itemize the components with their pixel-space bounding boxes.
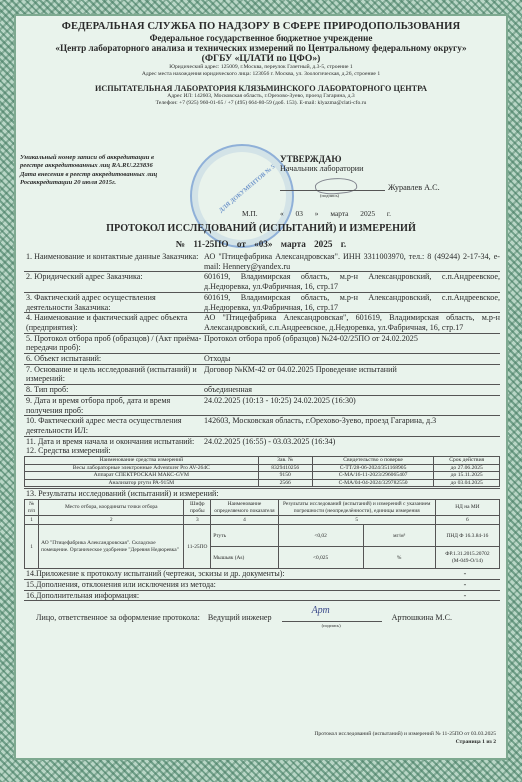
info-label: 15.Дополнения, отклонения или исключения…	[24, 580, 430, 590]
institution-short: (ФГБУ «ЦЛАТИ по ЦФО»)	[20, 53, 502, 64]
accreditation-line: Уникальный номер записи об аккредитации …	[20, 154, 195, 162]
field-value: 601619, Владимирская область, м.р-н Алек…	[204, 293, 500, 312]
table-cell: 9150	[258, 472, 312, 480]
info-row: 14.Приложение к протоколу испытаний (чер…	[24, 569, 500, 580]
field-row: 5. Протокол отбора проб (образцов) / (Ак…	[24, 334, 500, 354]
field-row: 10. Фактический адрес места осуществлени…	[24, 416, 500, 436]
table-header-cell: № п/п	[25, 500, 39, 516]
instruments-title: 12. Средства измерений:	[24, 446, 500, 456]
info-label: 16.Дополнительная информация:	[24, 591, 430, 601]
table-row: 1АО "Птицефабрика Александровская". Скла…	[25, 525, 500, 547]
result-unit: %	[363, 547, 435, 569]
table-header-cell: Наименование средства измерений	[25, 457, 259, 465]
table-cell: Анализатор ртути РА-915М	[25, 479, 259, 487]
table-cell: до 27.06.2025	[434, 464, 500, 472]
accreditation-note: Уникальный номер записи об аккредитации …	[20, 154, 195, 188]
table-cell: С-ТТ/28-06-2024/351168905	[312, 464, 434, 472]
table-cell: Весы лабораторные электронные Adventurer…	[25, 464, 259, 472]
indicator-name: Мышьяк (As)	[211, 547, 278, 569]
field-row: 8. Тип проб:объединенная	[24, 385, 500, 396]
method-document: ПНД Ф 16.3.84-16	[435, 525, 499, 547]
protocol-number: № 11-25ПО от «03» марта 2025 г.	[20, 239, 502, 249]
column-number: 2	[39, 515, 184, 524]
info-value: -	[430, 569, 500, 579]
approver-name: Журавлев А.С.	[388, 183, 440, 192]
responsible-signature-line: Арт (подпись)	[282, 609, 382, 622]
results-table: № п/пМесто отбора, координаты точки отбо…	[24, 499, 500, 569]
stamp-text: ДЛЯ ДОКУМЕНТОВ № 5	[218, 164, 276, 214]
table-row: Анализатор ртути РА-915М2566С-МА/04-04-2…	[25, 479, 500, 487]
certificate-border: ФЕДЕРАЛЬНАЯ СЛУЖБА ПО НАДЗОРУ В СФЕРЕ ПР…	[0, 0, 522, 782]
accreditation-line: Дата внесения в реестр аккредитованных л…	[20, 171, 195, 179]
table-header-cell: Срок действия	[434, 457, 500, 465]
page-footer: Протокол исследований (испытаний) и изме…	[314, 730, 496, 746]
field-label: 10. Фактический адрес места осуществлени…	[24, 416, 204, 435]
row-number: 1	[25, 525, 39, 569]
field-row: 1. Наименование и контактные данные Зака…	[24, 252, 500, 272]
field-value: АО "Птицефабрика Александровская", 60161…	[204, 313, 500, 332]
field-label: 8. Тип проб:	[24, 385, 204, 395]
signature-icon: Арт	[312, 606, 330, 616]
accreditation-line: Росаккредитации 20 июля 2015г.	[20, 179, 195, 187]
lab-address: Адрес ИЛ: 142603, Московская область, г.…	[20, 93, 502, 100]
approval-title: УТВЕРЖДАЮ	[280, 154, 520, 164]
field-row: 4. Наименование и фактический адрес объе…	[24, 313, 500, 333]
table-cell: до 03.04.2025	[434, 479, 500, 487]
field-value: 24.02.2025 (10:13 - 10:25) 24.02.2025 (1…	[204, 396, 500, 415]
field-label: 5. Протокол отбора проб (образцов) / (Ак…	[24, 334, 204, 353]
table-header-cell: Место отбора, координаты точки отбора	[39, 500, 184, 516]
table-row: Аппарат СПЕКТРОСКАН МАКС-GVM9150С-МА/16-…	[25, 472, 500, 480]
field-row: 9. Дата и время отбора проб, дата и врем…	[24, 396, 500, 416]
field-label: 3. Фактический адрес осуществления деяте…	[24, 293, 204, 312]
result-value: <0,02	[278, 525, 363, 547]
field-row: 2. Юридический адрес Заказчика:601619, В…	[24, 272, 500, 292]
agency-title: ФЕДЕРАЛЬНАЯ СЛУЖБА ПО НАДЗОРУ В СФЕРЕ ПР…	[20, 21, 502, 32]
page-number: Страница 1 из 2	[314, 738, 496, 746]
field-label: 7. Основание и цель исследований (испыта…	[24, 365, 204, 384]
instruments-table: Наименование средства измеренийЗав. №Сви…	[24, 456, 500, 487]
result-value: <0,025	[278, 547, 363, 569]
field-value: Протокол отбора проб (образцов) №24-02/2…	[204, 334, 500, 353]
field-label: 2. Юридический адрес Заказчика:	[24, 272, 204, 291]
responsible-label: Лицо, ответственное за оформление проток…	[36, 613, 200, 623]
signature-caption: (подпись)	[322, 621, 341, 631]
seal-label: М.П.	[242, 209, 258, 218]
column-number: 5	[278, 515, 435, 524]
actual-address: Адрес места нахождения юридического лица…	[20, 71, 502, 78]
field-value: 142603, Московская область, г.Орехово-Зу…	[204, 416, 500, 435]
institution-type: Федеральное государственное бюджетное уч…	[20, 33, 502, 43]
institution-name: «Центр лабораторного анализа и техническ…	[10, 43, 512, 53]
footer-protocol-ref: Протокол исследований (испытаний) и изме…	[314, 730, 496, 738]
info-row: 16.Дополнительная информация:-	[24, 591, 500, 602]
result-unit: мг/м³	[363, 525, 435, 547]
approval-date: « 03 » марта 2025 г.	[280, 209, 391, 218]
column-number: 6	[435, 515, 499, 524]
table-cell: С-МА/04-04-2024/329782550	[312, 479, 434, 487]
field-value: 601619, Владимирская область, м.р-н Алек…	[204, 272, 500, 291]
responsible-name: Артюшкина М.С.	[392, 613, 452, 623]
info-value: -	[430, 591, 500, 601]
field-value: Отходы	[204, 354, 500, 364]
field-row: 7. Основание и цель исследований (испыта…	[24, 365, 500, 385]
additional-info: 14.Приложение к протоколу испытаний (чер…	[24, 569, 500, 601]
field-value: Договор №КМ-42 от 04.02.2025 Проведение …	[204, 365, 500, 384]
table-cell: С-МА/16-11-2023/296065407	[312, 472, 434, 480]
info-row: 15.Дополнения, отклонения или исключения…	[24, 580, 500, 591]
document-page: ФЕДЕРАЛЬНАЯ СЛУЖБА ПО НАДЗОРУ В СФЕРЕ ПР…	[14, 14, 508, 760]
protocol-title: ПРОТОКОЛ ИССЛЕДОВАНИЙ (ИСПЫТАНИЙ) И ИЗМЕ…	[20, 223, 502, 234]
field-label: 6. Объект испытаний:	[24, 354, 204, 364]
field-value: АО "Птицефабрика Александровская". ИНН 3…	[204, 252, 500, 271]
table-header-cell: НД на МИ	[435, 500, 499, 516]
approver-signature-line: Журавлев А.С. (подпись)	[280, 179, 520, 197]
field-row: 11. Дата и время начала и окончания испы…	[24, 437, 500, 447]
table-header-cell: Результаты исследований (испытаний) и из…	[278, 500, 435, 516]
signature-caption: (подпись)	[320, 193, 339, 198]
field-value: 24.02.2025 (16:55) - 03.03.2025 (16:34)	[204, 437, 500, 447]
info-value: -	[430, 580, 500, 590]
column-number: 3	[184, 515, 211, 524]
method-document: ФР.1.31.2015.20702 (М-049-О/14)	[435, 547, 499, 569]
lab-name: ИСПЫТАТЕЛЬНАЯ ЛАБОРАТОРИЯ КЛЯЗЬМИНСКОГО …	[20, 84, 502, 93]
approval-block: УТВЕРЖДАЮ Начальник лаборатории Журавлев…	[280, 154, 520, 197]
field-label: 11. Дата и время начала и окончания испы…	[24, 437, 204, 447]
info-label: 14.Приложение к протоколу испытаний (чер…	[24, 569, 430, 579]
table-header-cell: Шифр пробы	[184, 500, 211, 516]
table-header-cell: Наименование определяемого показателя	[211, 500, 278, 516]
indicator-name: Ртуть	[211, 525, 278, 547]
responsible-person: Лицо, ответственное за оформление проток…	[24, 609, 500, 622]
column-number: 4	[211, 515, 278, 524]
signature-underline	[280, 190, 385, 191]
field-value: объединенная	[204, 385, 500, 395]
table-cell: Аппарат СПЕКТРОСКАН МАКС-GVM	[25, 472, 259, 480]
field-row: 3. Фактический адрес осуществления деяте…	[24, 293, 500, 313]
table-cell: 8329410256	[258, 464, 312, 472]
accreditation-line: реестре аккредитованных лиц RA.RU.223836	[20, 162, 195, 170]
table-header-cell: Свидетельство о поверке	[312, 457, 434, 465]
table-row: Весы лабораторные электронные Adventurer…	[25, 464, 500, 472]
table-cell: до 15.11.2025	[434, 472, 500, 480]
field-label: 9. Дата и время отбора проб, дата и врем…	[24, 396, 204, 415]
lab-contacts: Телефон: +7 (925) 960-01-65 / +7 (495) 6…	[20, 100, 502, 107]
approver-position: Начальник лаборатории	[280, 164, 520, 173]
column-number: 1	[25, 515, 39, 524]
legal-address: Юридический адрес: 125009, г.Москва, пер…	[20, 64, 502, 71]
field-row: 6. Объект испытаний:Отходы	[24, 354, 500, 365]
results-title: 13. Результаты исследований (испытаний) …	[24, 488, 500, 499]
responsible-position: Ведущий инженер	[208, 613, 272, 623]
field-label: 1. Наименование и контактные данные Зака…	[24, 252, 204, 271]
protocol-fields: 1. Наименование и контактные данные Зака…	[24, 252, 500, 622]
sampling-place: АО "Птицефабрика Александровская". Склад…	[39, 525, 184, 569]
field-label: 4. Наименование и фактический адрес объе…	[24, 313, 204, 332]
sample-code: 11-25ПО	[184, 525, 211, 569]
table-cell: 2566	[258, 479, 312, 487]
table-header-cell: Зав. №	[258, 457, 312, 465]
